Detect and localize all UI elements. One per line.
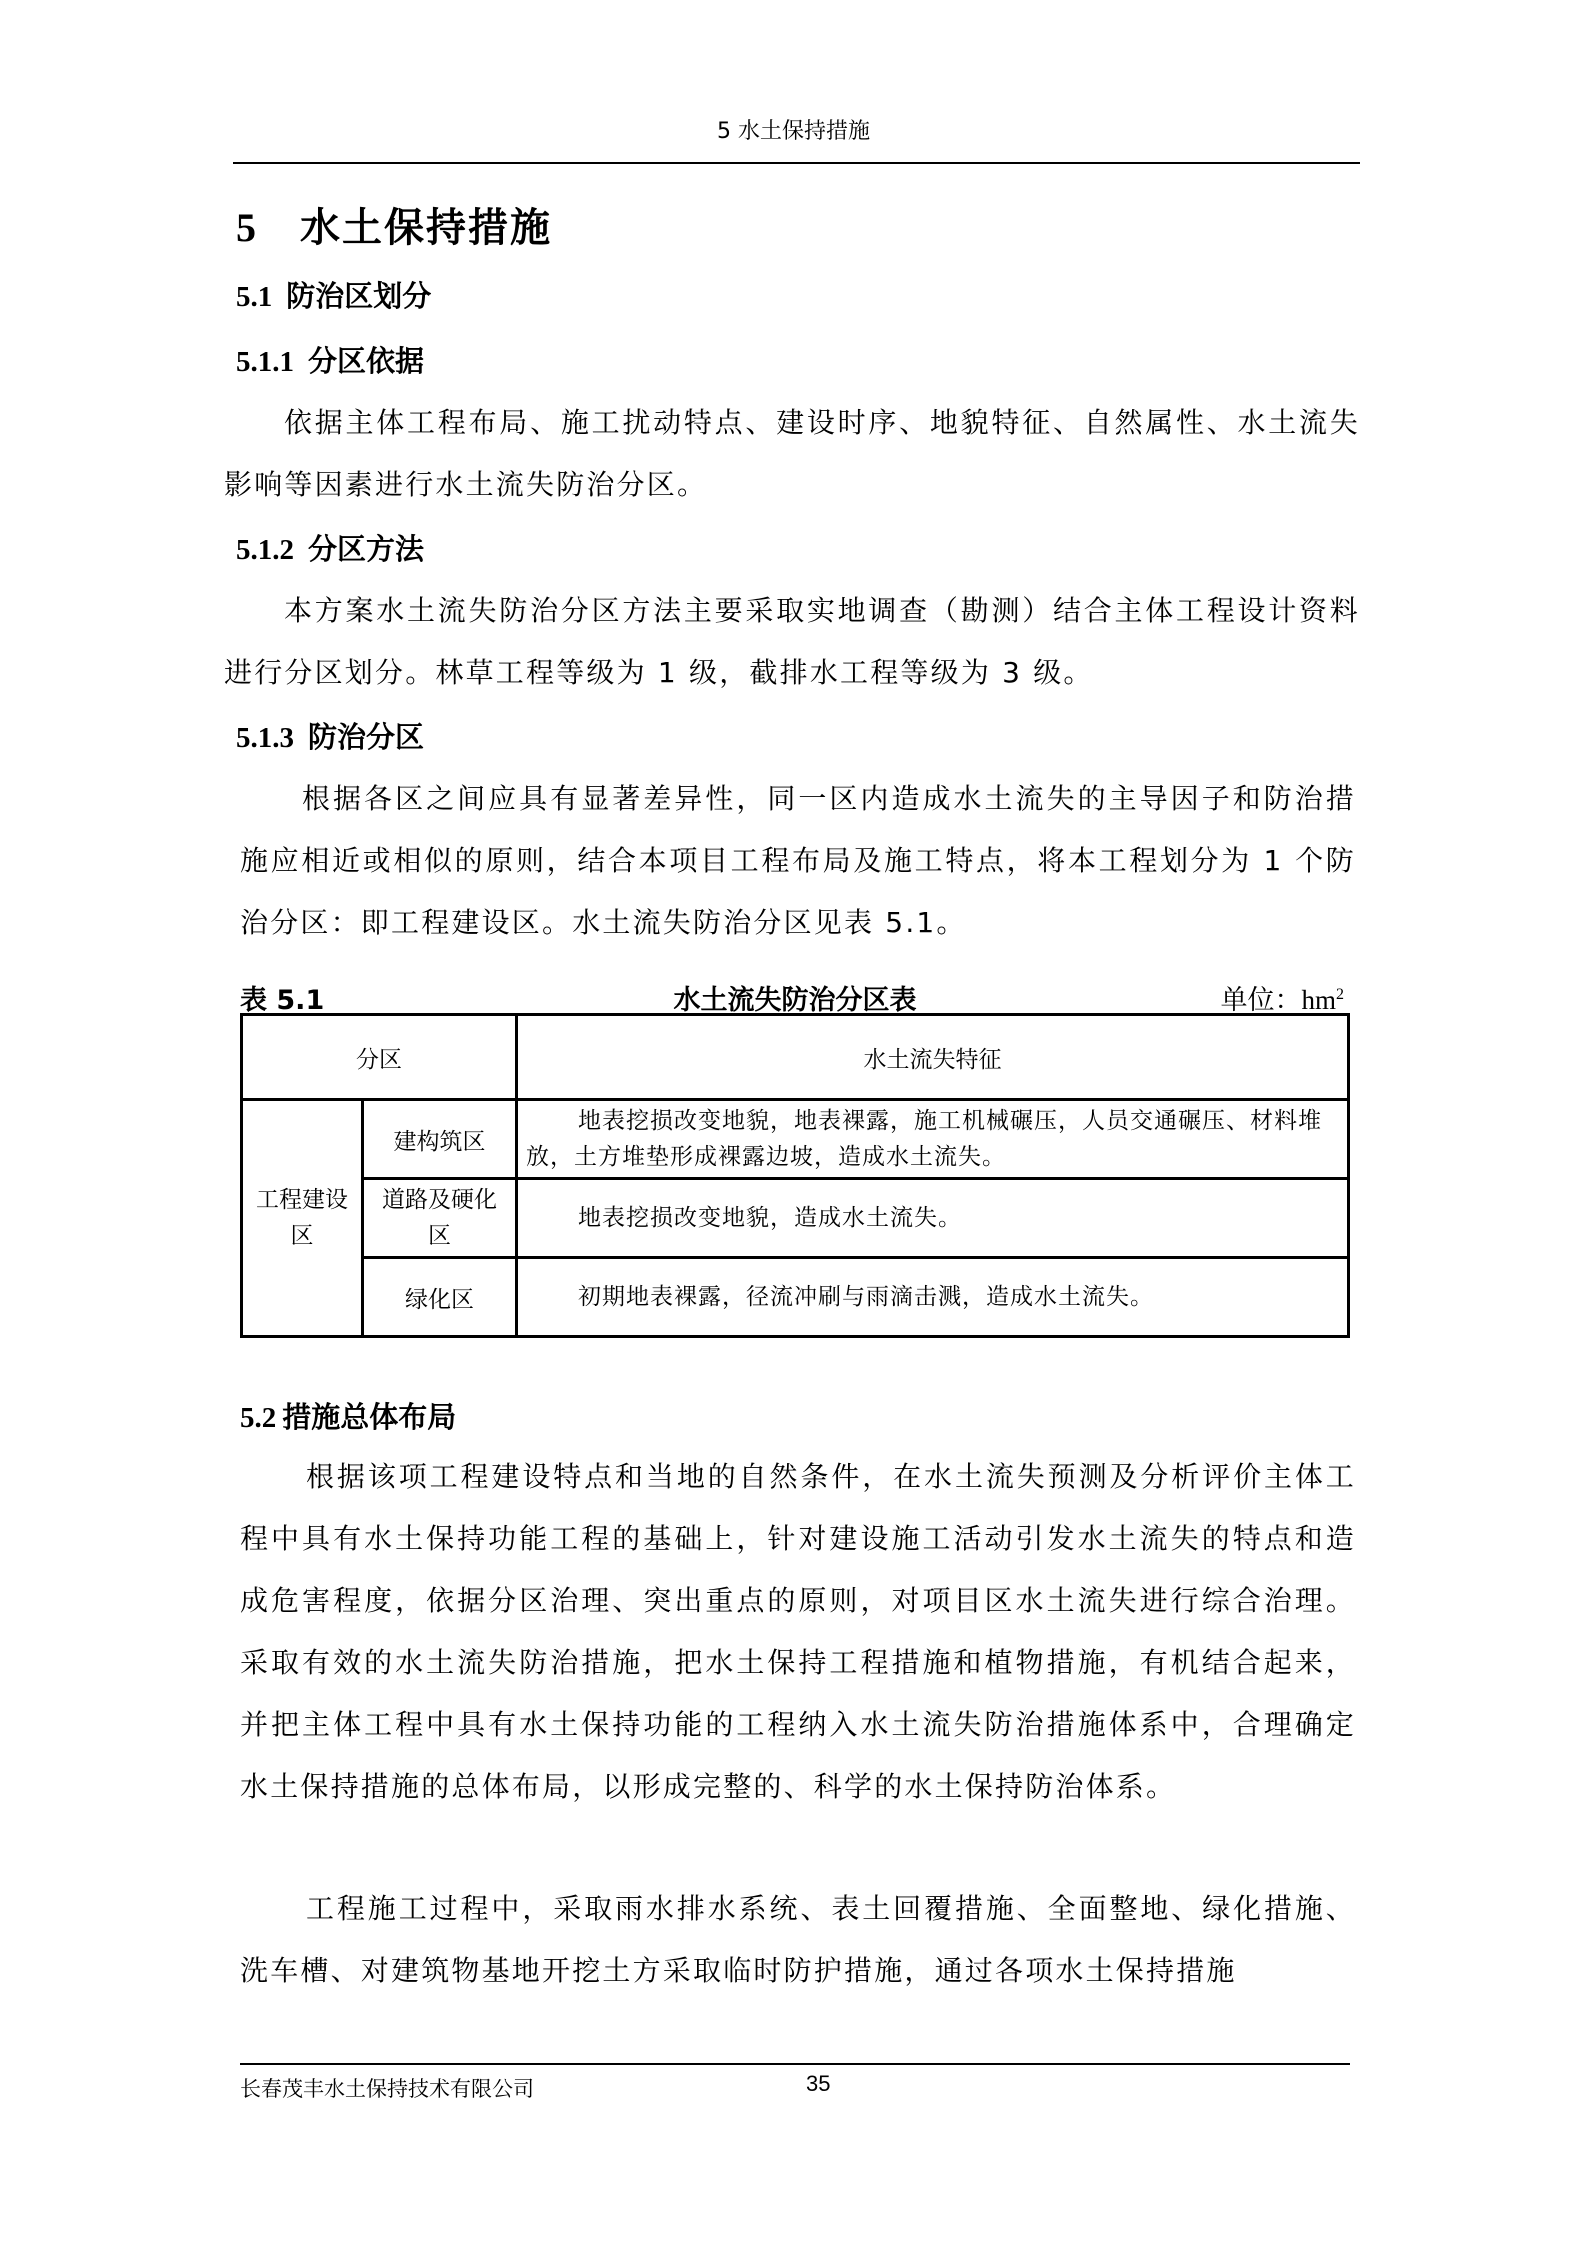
section-heading-5-1-2: 5.1.2分区方法	[236, 527, 424, 568]
table-caption: 表 5.1 水土流失防治分区表 单位：hm2	[240, 978, 1350, 1014]
subzone-cell: 绿化区	[363, 1258, 517, 1337]
section-heading-5-1-3: 5.1.3防治分区	[236, 715, 424, 756]
paragraph-5-2-a: 根据该项工程建设特点和当地的自然条件，在水土流失预测及分析评价主体工程中具有水土…	[240, 1446, 1356, 1818]
paragraph-5-1-1: 依据主体工程布局、施工扰动特点、建设时序、地貌特征、自然属性、水土流失影响等因素…	[224, 392, 1360, 516]
running-header: 5 水土保持措施	[0, 114, 1587, 145]
chapter-title: 5水土保持措施	[236, 196, 552, 253]
header-feature: 水土流失特征	[517, 1015, 1349, 1100]
footer-rule	[240, 2063, 1350, 2065]
paragraph-5-1-3: 根据各区之间应具有显著差异性，同一区内造成水土流失的主导因子和防治措施应相近或相…	[240, 768, 1356, 954]
table-title: 水土流失防治分区表	[240, 978, 1350, 1017]
subzone-cell: 道路及硬化区	[363, 1179, 517, 1258]
zoning-table: 分区 水土流失特征 工程建设区 建构筑区 地表挖损改变地貌，地表裸露，施工机械碾…	[240, 1013, 1350, 1338]
chapter-number: 5	[236, 205, 258, 250]
paragraph-5-2-b: 工程施工过程中，采取雨水排水系统、表土回覆措施、全面整地、绿化措施、洗车槽、对建…	[240, 1878, 1356, 2002]
feature-cell: 初期地表裸露，径流冲刷与雨滴击溅，造成水土流失。	[517, 1258, 1349, 1337]
section-heading-5-1: 5.1防治区划分	[236, 274, 431, 315]
footer-company: 长春茂丰水土保持技术有限公司	[240, 2073, 534, 2103]
chapter-title-text: 水土保持措施	[300, 205, 552, 251]
table-row: 工程建设区 建构筑区 地表挖损改变地貌，地表裸露，施工机械碾压，人员交通碾压、材…	[242, 1100, 1349, 1179]
feature-cell: 地表挖损改变地貌，造成水土流失。	[517, 1179, 1349, 1258]
header-rule	[233, 162, 1360, 164]
page-number: 35	[806, 2071, 830, 2097]
paragraph-5-1-2: 本方案水土流失防治分区方法主要采取实地调查（勘测）结合主体工程设计资料进行分区划…	[224, 580, 1360, 704]
section-heading-5-1-1: 5.1.1分区依据	[236, 339, 424, 380]
table-header-row: 分区 水土流失特征	[242, 1015, 1349, 1100]
header-zone: 分区	[242, 1015, 517, 1100]
table-row: 绿化区 初期地表裸露，径流冲刷与雨滴击溅，造成水土流失。	[242, 1258, 1349, 1337]
subzone-cell: 建构筑区	[363, 1100, 517, 1179]
table-row: 道路及硬化区 地表挖损改变地貌，造成水土流失。	[242, 1179, 1349, 1258]
table-unit: 单位：hm2	[1220, 978, 1344, 1017]
feature-cell: 地表挖损改变地貌，地表裸露，施工机械碾压，人员交通碾压、材料堆放，土方堆垫形成裸…	[517, 1100, 1349, 1179]
section-heading-5-2: 5.2措施总体布局	[240, 1395, 456, 1436]
group-cell: 工程建设区	[242, 1100, 363, 1337]
